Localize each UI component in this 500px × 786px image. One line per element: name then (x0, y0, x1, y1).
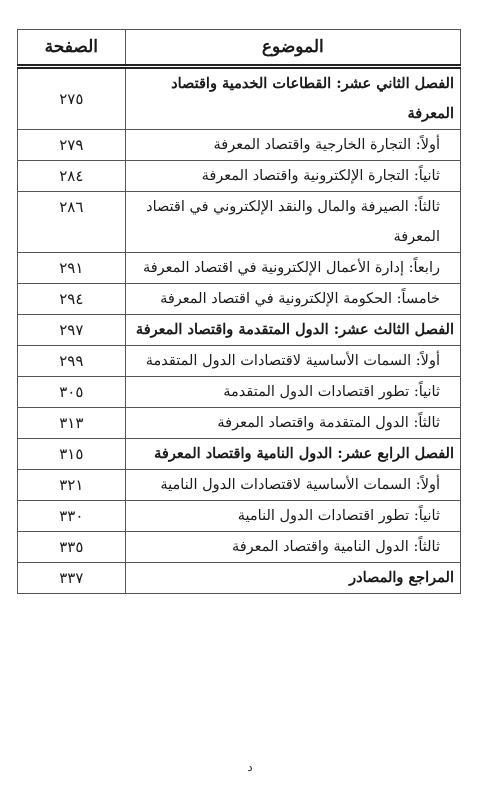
toc-page: ٣٢١ (18, 470, 126, 501)
toc-row: ثالثاً: الصيرفة والمال والنقد الإلكتروني… (18, 192, 461, 253)
toc-topic: رابعاً: إدارة الأعمال الإلكترونية في اقت… (125, 253, 460, 284)
toc-topic: الفصل الثالث عشر: الدول المتقدمة واقتصاد… (125, 315, 460, 346)
header-page: الصفحة (18, 30, 126, 67)
toc-topic: الفصل الرابع عشر: الدول النامية واقتصاد … (125, 439, 460, 470)
toc-page: ٢٩٧ (18, 315, 126, 346)
header-topic: الموضوع (125, 30, 460, 67)
toc-topic: أولاً: التجارة الخارجية واقتصاد المعرفة (125, 130, 460, 161)
toc-topic: ثالثاً: الصيرفة والمال والنقد الإلكتروني… (125, 192, 460, 253)
toc-row: أولاً: التجارة الخارجية واقتصاد المعرفة … (18, 130, 461, 161)
toc-topic: ثانياً: تطور اقتصادات الدول المتقدمة (125, 377, 460, 408)
page-number: د (0, 760, 500, 774)
toc-row: ثالثاً: الدول المتقدمة واقتصاد المعرفة ٣… (18, 408, 461, 439)
toc-page: ٣١٣ (18, 408, 126, 439)
toc-page: ٢٩٤ (18, 284, 126, 315)
toc-page: ٣٠٥ (18, 377, 126, 408)
toc-row-chapter-14: الفصل الرابع عشر: الدول النامية واقتصاد … (18, 439, 461, 470)
toc-topic: الفصل الثاني عشر: القطاعات الخدمية واقتص… (125, 67, 460, 130)
header-row: الموضوع الصفحة (18, 30, 461, 67)
toc-page: ٢٨٤ (18, 161, 126, 192)
toc-page: ٢٩٩ (18, 346, 126, 377)
toc-page: ٢٩١ (18, 253, 126, 284)
toc-topic: ثانياً: تطور اقتصادات الدول النامية (125, 501, 460, 532)
table-of-contents: الموضوع الصفحة الفصل الثاني عشر: القطاعا… (17, 29, 461, 594)
toc-topic: أولاً: السمات الأساسية لاقتصادات الدول ا… (125, 346, 460, 377)
toc-topic: ثانياً: التجارة الإلكترونية واقتصاد المع… (125, 161, 460, 192)
toc-page: ٣٣٧ (18, 563, 126, 594)
toc-page: ٣٣٥ (18, 532, 126, 563)
toc-row: ثالثاً: الدول النامية واقتصاد المعرفة ٣٣… (18, 532, 461, 563)
toc-page: ٣٣٠ (18, 501, 126, 532)
toc-row: ثانياً: تطور اقتصادات الدول المتقدمة ٣٠٥ (18, 377, 461, 408)
toc-row: أولاً: السمات الأساسية لاقتصادات الدول ا… (18, 346, 461, 377)
toc-row: ثانياً: تطور اقتصادات الدول النامية ٣٣٠ (18, 501, 461, 532)
toc-page: ٢٧٩ (18, 130, 126, 161)
toc-topic: المراجع والمصادر (125, 563, 460, 594)
toc-row-references: المراجع والمصادر ٣٣٧ (18, 563, 461, 594)
toc-row-chapter-12: الفصل الثاني عشر: القطاعات الخدمية واقتص… (18, 67, 461, 130)
toc-row: خامساً: الحكومة الإلكترونية في اقتصاد ال… (18, 284, 461, 315)
toc-row: ثانياً: التجارة الإلكترونية واقتصاد المع… (18, 161, 461, 192)
toc-page: ٢٧٥ (18, 67, 126, 130)
toc-row-chapter-13: الفصل الثالث عشر: الدول المتقدمة واقتصاد… (18, 315, 461, 346)
toc-row: رابعاً: إدارة الأعمال الإلكترونية في اقت… (18, 253, 461, 284)
toc-topic: ثالثاً: الدول المتقدمة واقتصاد المعرفة (125, 408, 460, 439)
toc-topic: خامساً: الحكومة الإلكترونية في اقتصاد ال… (125, 284, 460, 315)
toc-page: ٣١٥ (18, 439, 126, 470)
toc-topic: أولاً: السمات الأساسية لاقتصادات الدول ا… (125, 470, 460, 501)
toc-topic: ثالثاً: الدول النامية واقتصاد المعرفة (125, 532, 460, 563)
toc-row: أولاً: السمات الأساسية لاقتصادات الدول ا… (18, 470, 461, 501)
toc-page: ٢٨٦ (18, 192, 126, 253)
